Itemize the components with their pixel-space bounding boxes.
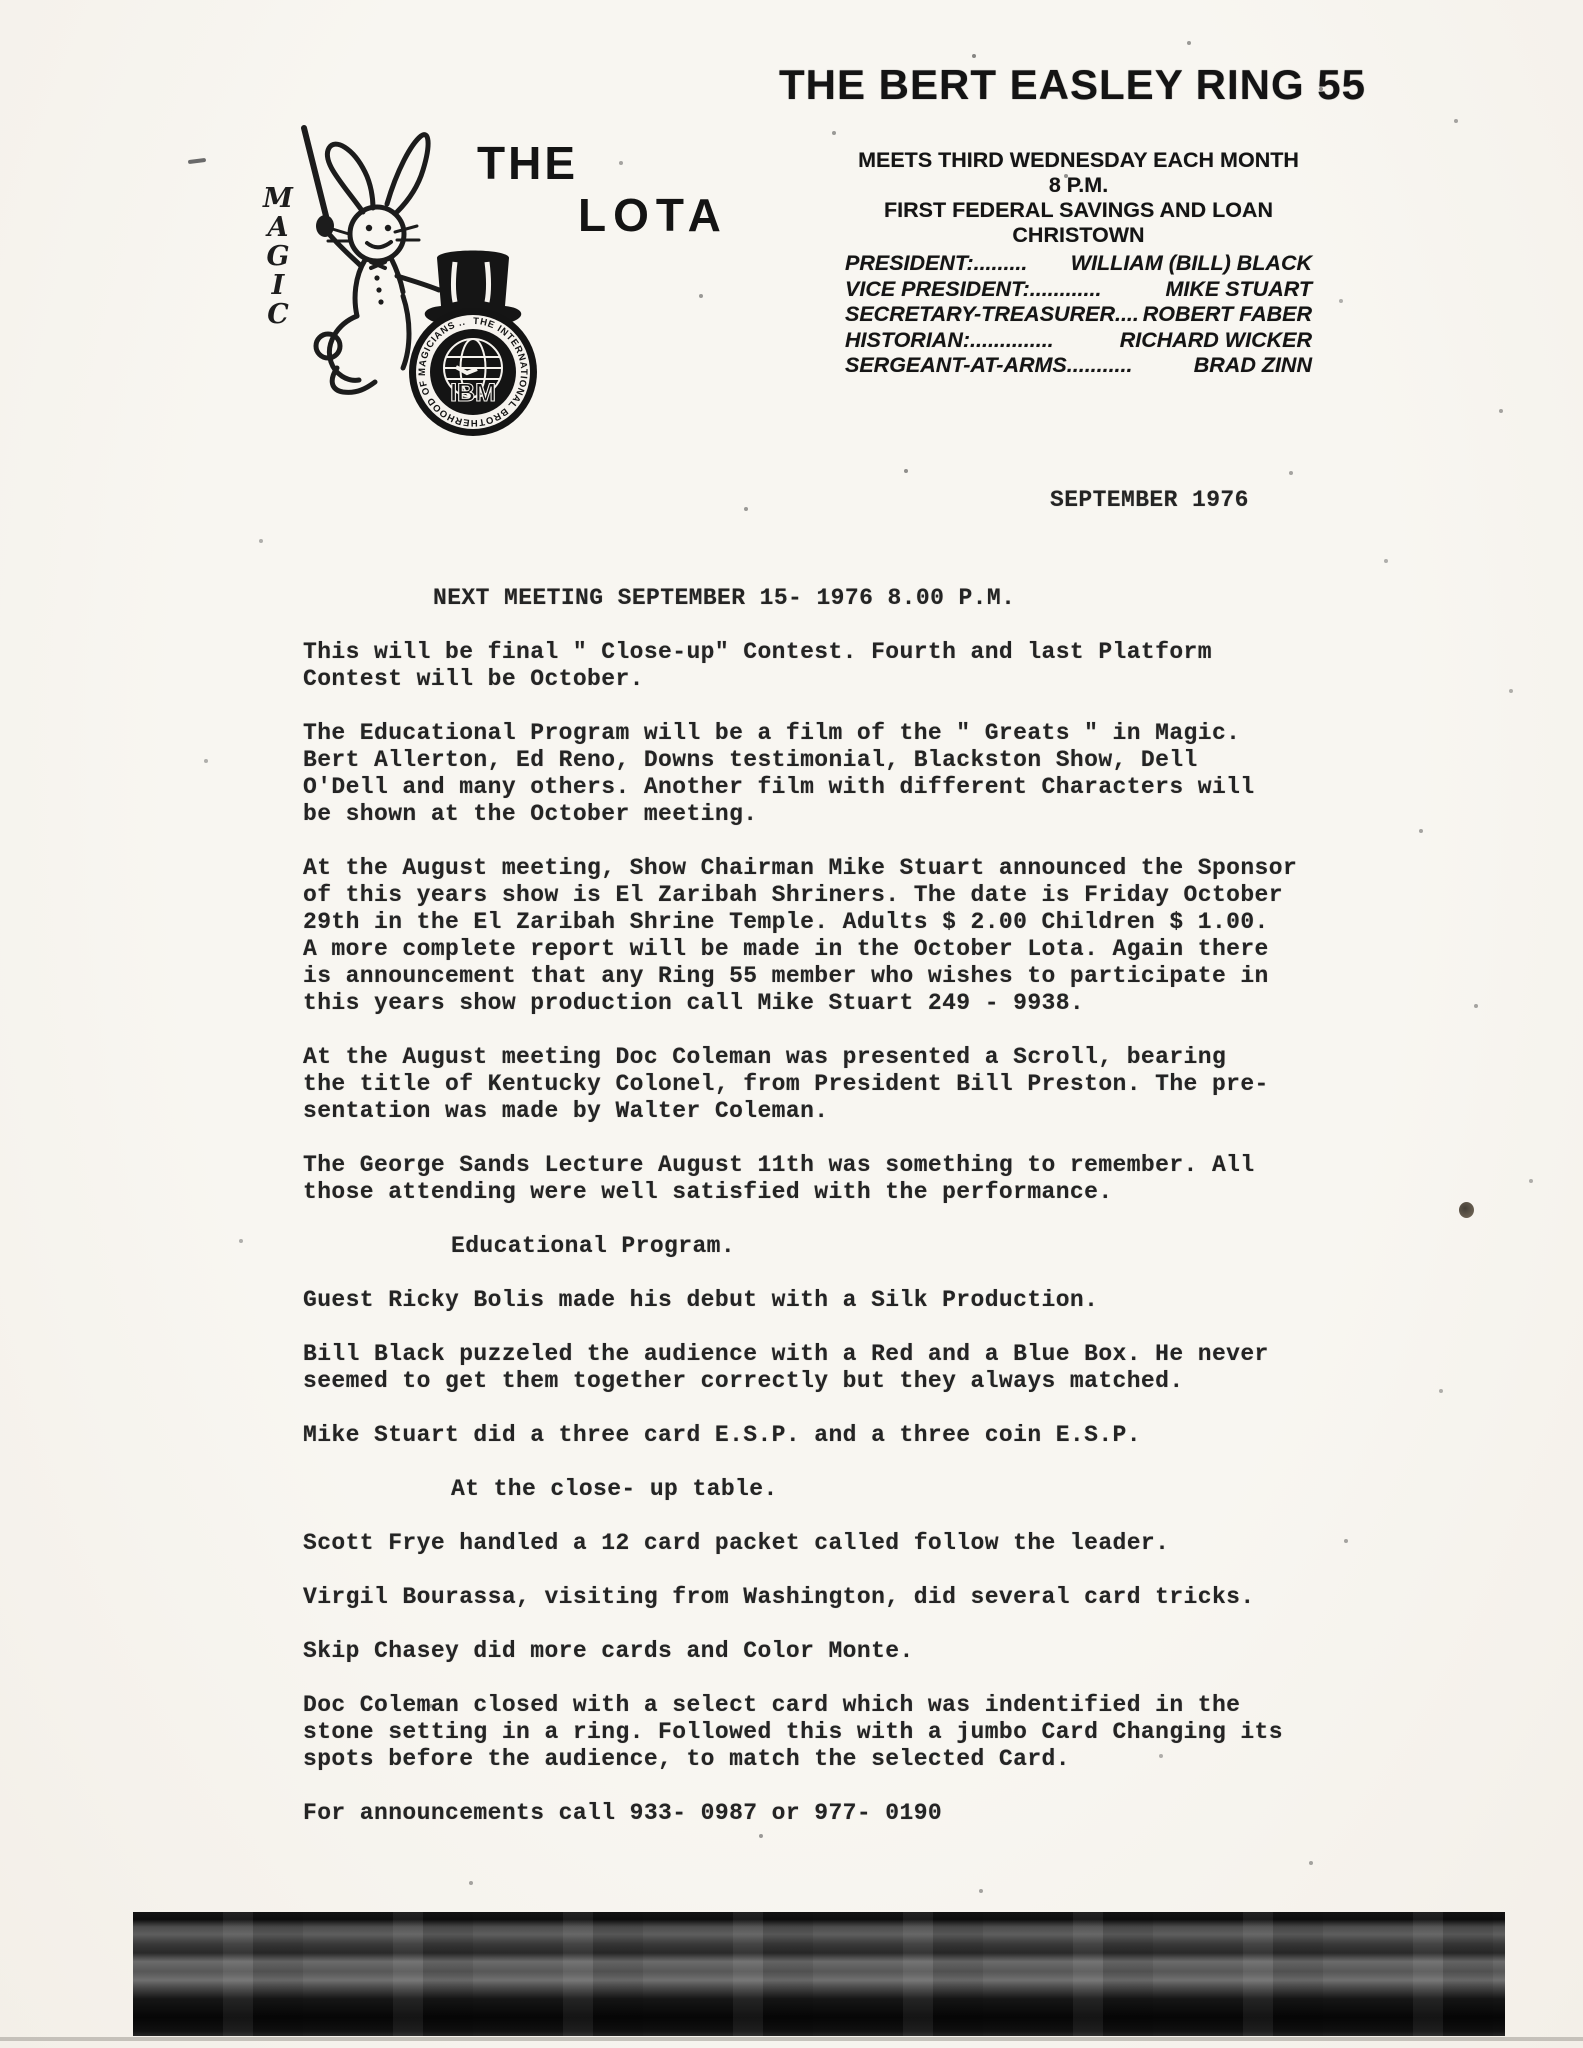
meeting-schedule-line: MEETS THIRD WEDNESDAY EACH MONTH	[845, 148, 1312, 173]
scan-artifact-ink-blot	[1459, 1202, 1474, 1218]
scan-artifact-specks	[0, 0, 2, 2]
scan-artifact-underline	[0, 2037, 1583, 2041]
rabbit-ear-straight	[387, 135, 428, 212]
newsletter-body: NEXT MEETING SEPTEMBER 15- 1976 8.00 P.M…	[303, 585, 1333, 1854]
meeting-location-line: CHRISTOWN	[845, 223, 1312, 248]
para-scott-frye: Scott Frye handled a 12 card packet call…	[303, 1530, 1333, 1557]
para-coleman-closing: Doc Coleman closed with a select card wh…	[303, 1692, 1333, 1773]
newsletter-title-lota: LOTA	[578, 192, 728, 238]
announcements-line: For announcements call 933- 0987 or 977-…	[303, 1800, 1333, 1827]
officer-role: HISTORIAN:..............	[845, 328, 1054, 354]
para-mike-stuart: Mike Stuart did a three card E.S.P. and …	[303, 1422, 1333, 1449]
officer-role: VICE PRESIDENT:............	[845, 277, 1101, 303]
para-skip-chasey: Skip Chasey did more cards and Color Mon…	[303, 1638, 1333, 1665]
para-bill-black: Bill Black puzzeled the audience with a …	[303, 1341, 1333, 1395]
para-ricky-bolis: Guest Ricky Bolis made his debut with a …	[303, 1287, 1333, 1314]
officer-role: PRESIDENT:.........	[845, 251, 1027, 277]
para-educational-film: The Educational Program will be a film o…	[303, 720, 1333, 828]
issue-date: SEPTEMBER 1976	[1050, 487, 1249, 514]
officer-name: ROBERT FABER	[1143, 302, 1312, 328]
para-show-sponsor: At the August meeting, Show Chairman Mik…	[303, 855, 1333, 1017]
officer-name: RICHARD WICKER	[1120, 328, 1312, 354]
rabbit-bowtie	[371, 262, 385, 268]
scan-artifact-dash	[188, 158, 206, 164]
magic-wand-icon	[304, 128, 326, 216]
officer-row-vice-president: VICE PRESIDENT:............ MIKE STUART	[845, 277, 1312, 303]
scanned-newsletter-page: { "masthead": "THE BERT EASLEY RING 55",…	[0, 0, 1583, 2048]
officer-name: MIKE STUART	[1165, 277, 1312, 303]
scan-artifact-bar	[133, 1912, 1505, 2036]
officer-role: SERGEANT-AT-ARMS...........	[845, 353, 1132, 379]
meeting-info-block: MEETS THIRD WEDNESDAY EACH MONTH 8 P.M. …	[845, 148, 1312, 379]
heading-educational-program: Educational Program.	[303, 1233, 1333, 1260]
officer-name: BRAD ZINN	[1194, 353, 1312, 379]
officer-row-secretary-treasurer: SECRETARY-TREASURER.... ROBERT FABER	[845, 302, 1312, 328]
ibm-seal: THE INTERNATIONAL BROTHERHOOD OF MAGICIA…	[409, 308, 537, 436]
officer-row-sergeant-at-arms: SERGEANT-AT-ARMS........... BRAD ZINN	[845, 353, 1312, 379]
officer-row-historian: HISTORIAN:.............. RICHARD WICKER	[845, 328, 1312, 354]
officer-role: SECRETARY-TREASURER....	[845, 302, 1139, 328]
rabbit-ear-bent	[327, 144, 373, 212]
officers-list: PRESIDENT:......... WILLIAM (BILL) BLACK…	[845, 251, 1312, 379]
masthead-title: THE BERT EASLEY RING 55	[779, 64, 1366, 106]
meeting-time-line: 8 P.M.	[845, 173, 1312, 198]
seal-ibm-text: IBM	[450, 379, 496, 407]
para-virgil-bourassa: Virgil Bourassa, visiting from Washingto…	[303, 1584, 1333, 1611]
meeting-venue-line: FIRST FEDERAL SAVINGS AND LOAN	[845, 198, 1312, 223]
officer-row-president: PRESIDENT:......... WILLIAM (BILL) BLACK	[845, 251, 1312, 277]
heading-closeup-table: At the close- up table.	[303, 1476, 1333, 1503]
para-closeup-contest: This will be final " Close-up" Contest. …	[303, 639, 1333, 693]
officer-name: WILLIAM (BILL) BLACK	[1071, 251, 1312, 277]
rabbit-head	[350, 207, 404, 261]
next-meeting-line: NEXT MEETING SEPTEMBER 15- 1976 8.00 P.M…	[303, 585, 1333, 612]
para-coleman-scroll: At the August meeting Doc Coleman was pr…	[303, 1044, 1333, 1125]
para-george-sands: The George Sands Lecture August 11th was…	[303, 1152, 1333, 1206]
ibm-rabbit-logo: THE INTERNATIONAL BROTHERHOOD OF MAGICIA…	[225, 100, 575, 445]
